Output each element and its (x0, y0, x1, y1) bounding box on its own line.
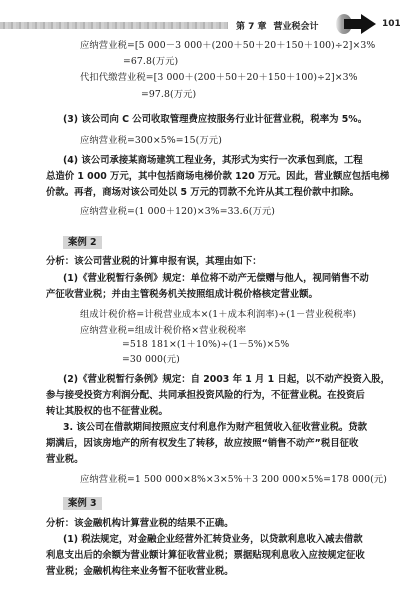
text-line: 期满后，因该房地产的所有权发生了转移，故应按照“销售不动产”税目征收 (46, 437, 358, 451)
text-line: (2)《营业税暂行条例》规定：自 2003 年 1 月 1 日起，以不动产投资入… (63, 373, 390, 387)
text-line: 总造价 1 000 万元，其中包括商场电梯价款 120 万元。因此，营业额应包括… (46, 170, 389, 184)
case-heading: 案例 3 (63, 497, 102, 510)
text-line: 营业税；金融机构往来业务暂不征收营业税。 (46, 565, 234, 579)
formula-line: =30 000(元) (122, 353, 180, 367)
formula-line: =518 181×(1＋10%)÷(1－5%)×5% (122, 338, 289, 352)
formula-line: 应纳营业税=组成计税价格×营业税税率 (80, 324, 246, 338)
text-line: 分析：该金融机构计算营业税的结果不正确。 (46, 517, 234, 531)
header-decorative-band (0, 22, 228, 29)
arrow-right-icon (335, 13, 377, 35)
chapter-title: 营业税会计 (274, 22, 319, 32)
text-line: 分析：该公司营业税的计算申报有误，其理由如下： (46, 255, 262, 269)
chapter-label: 第 7 章 (236, 22, 267, 32)
page-number: 101 (382, 19, 400, 29)
text-line: (4) 该公司承接某商场建筑工程业务，其形式为实行一次承包到底，工程 (63, 154, 363, 168)
formula-line: 应纳营业税=1 500 000×8%×3×5%＋3 200 000×5%=178… (80, 473, 387, 487)
text-line: 参与接受投资方利润分配、共同承担投资风险的行为，不征营业税。在投资后 (46, 389, 365, 403)
text-line: 产征收营业税；并由主管税务机关按照组成计税价格核定营业额。 (46, 288, 318, 302)
text-line: (1) 税法规定，对金融企业经营外汇转贷业务，以贷款利息收入减去借款 (63, 533, 363, 547)
case-heading: 案例 2 (63, 236, 102, 249)
text-line: (3) 该公司向 C 公司收取管理费应按服务行业计征营业税，税率为 5%。 (63, 113, 367, 127)
text-line: 利息支出后的余额为营业额计算征收营业税；票据贴现利息收入应按规定征收 (46, 549, 365, 563)
formula-line: 应纳营业税=[5 000－3 000＋(200＋50＋20＋150＋100)÷2… (80, 39, 375, 53)
formula-line: 应纳营业税=(1 000＋120)×3%=33.6(万元) (80, 205, 275, 219)
text-line: 转让其股权的也不征营业税。 (46, 405, 168, 419)
formula-line: 组成计税价格=计税营业成本×(1＋成本利润率)÷(1－营业税税率) (80, 308, 356, 322)
formula-line: 代扣代缴营业税=[3 000＋(200＋50＋20＋150＋100)÷2]×3% (80, 71, 358, 85)
text-line: 营业税。 (46, 453, 84, 467)
chapter-heading: 第 7 章营业税会计 (236, 19, 326, 32)
formula-line: =67.8(万元) (123, 55, 178, 69)
text-line: 价款。再者，商场对该公司处以 5 万元的罚款不允许从其工程价款中扣除。 (46, 186, 359, 200)
text-line: (1)《营业税暂行条例》规定：单位将不动产无偿赠与他人，视同销售不动 (63, 272, 369, 286)
text-line: 3. 该公司在借款期间按照应支付利息作为财产租赁收入征收营业税。贷款 (63, 421, 367, 435)
formula-line: 应纳营业税=300×5%=15(万元) (80, 134, 222, 148)
page-header: 第 7 章营业税会计 101 (0, 0, 400, 38)
formula-line: =97.8(万元) (141, 88, 196, 102)
